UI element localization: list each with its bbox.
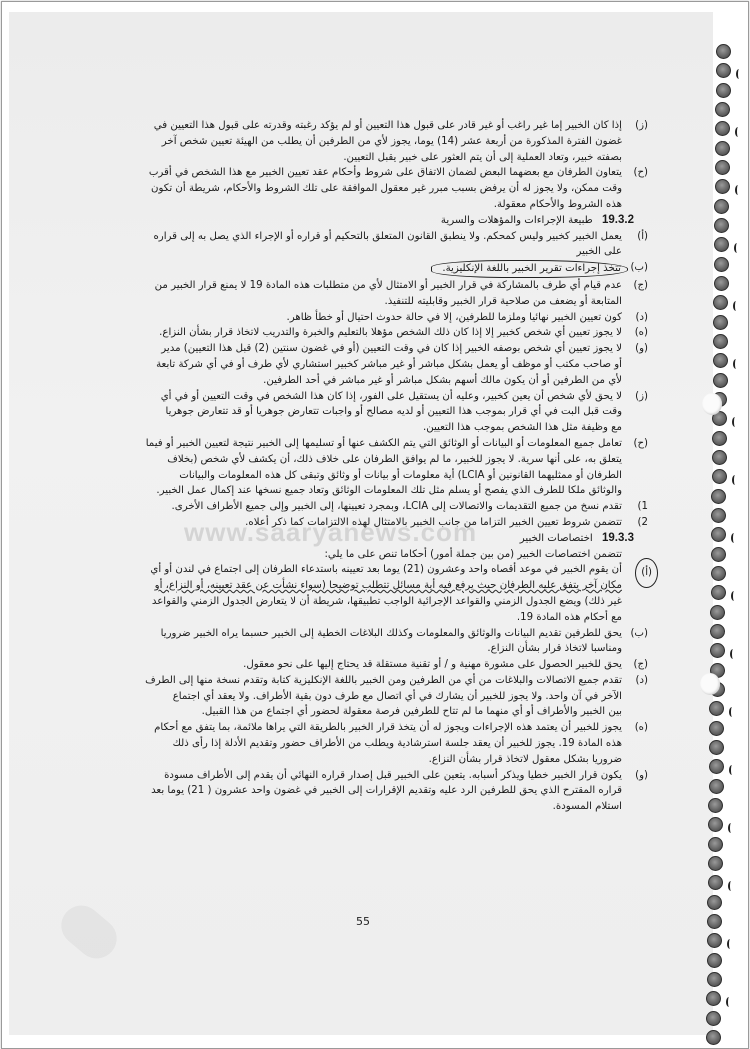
binding-hole-icon xyxy=(711,585,726,600)
text-line: كون تعيين الخبير نهائيا وملزما للطرفين، … xyxy=(68,310,622,326)
binding-hole-icon xyxy=(711,527,726,542)
list-item: (ز) إذا كان الخبير إما غير راغب أو غير ق… xyxy=(68,118,648,165)
item-marker: (د) xyxy=(636,673,649,689)
ring-mark-icon xyxy=(733,301,739,311)
ring-mark-icon xyxy=(727,939,733,949)
binding-hole-icon xyxy=(709,779,724,794)
text-line: هذه الشروط والأحكام معقولة. xyxy=(68,197,622,213)
binding-hole-icon xyxy=(707,953,722,968)
section-number: 19.3.3 xyxy=(602,532,634,544)
text-line: والوثائق ملكا للطرف الذي يفصح أو يسلم مث… xyxy=(68,483,622,499)
list-item: (ب) يحق للطرفين تقديم البيانات والوثائق … xyxy=(68,626,648,658)
list-item: (أ) يعمل الخبير كخبير وليس كمحكم. ولا ين… xyxy=(68,229,648,261)
binding-hole-icon xyxy=(709,759,724,774)
text-line: يحق للخبير الحصول على مشورة مهنية و / أو… xyxy=(68,657,622,673)
document-body: (ز) إذا كان الخبير إما غير راغب أو غير ق… xyxy=(68,118,648,815)
binding-hole-icon xyxy=(715,160,730,175)
list-item-annotated: (ب) تتخذ إجراءات تقرير الخبير باللغة الإ… xyxy=(68,260,648,278)
list-item-annotated: (أ) أن يقوم الخبير في موعد أقصاه واحد وع… xyxy=(68,562,648,625)
section-title: طبيعة الإجراءات والمؤهلات والسرية xyxy=(441,215,593,226)
list-item: (د) تقدم جميع الاتصالات والبلاغات من أي … xyxy=(68,673,648,720)
text-line: تعامل جميع المعلومات أو البيانات أو الوث… xyxy=(68,436,622,452)
binding-hole-icon xyxy=(712,450,727,465)
page-number: 55 xyxy=(356,915,370,928)
text-line: يكون قرار الخبير خطيا ويذكر أسبابه. يتعي… xyxy=(68,768,622,784)
ring-mark-icon xyxy=(728,881,734,891)
binding-hole-icon xyxy=(708,856,723,871)
binding-hole-icon xyxy=(714,257,729,272)
ring-mark-icon xyxy=(729,707,735,717)
item-marker: (ح) xyxy=(633,165,648,181)
ring-mark-icon xyxy=(736,69,742,79)
binding-hole-icon xyxy=(712,431,727,446)
item-marker: (ز) xyxy=(635,389,648,405)
text-line: ومناسبا لاتخاذ قرار بشأن النزاع. xyxy=(68,641,622,657)
binding-hole-icon xyxy=(707,895,722,910)
handwritten-circle-annotation: تتخذ إجراءات تقرير الخبير باللغة الإنكلي… xyxy=(431,260,628,278)
text-line: يتعاون الطرفان مع بعضهما البعض لضمان الا… xyxy=(68,165,622,181)
binding-hole-icon xyxy=(715,102,730,117)
item-marker: (ب) xyxy=(630,626,648,642)
binding-hole-icon xyxy=(707,972,722,987)
text-line: أو صاحب مكتب أو موظف أو يعمل بشكل مباشر … xyxy=(68,357,622,373)
list-item: (ح) يتعاون الطرفان مع بعضهما البعض لضمان… xyxy=(68,165,648,212)
binding-hole-icon xyxy=(711,547,726,562)
text-line: لا يحق لأي شخص أن يعين كخبير، وعليه أن ي… xyxy=(68,389,622,405)
text-line: استلام المسودة. xyxy=(68,799,622,815)
item-marker: (و) xyxy=(635,341,648,357)
section-19-3-2: 19.3.2 طبيعة الإجراءات والمؤهلات والسرية… xyxy=(68,213,648,531)
binding-hole-icon xyxy=(710,624,725,639)
binding-hole-icon xyxy=(708,837,723,852)
binding-hole-icon xyxy=(711,508,726,523)
punched-hole-icon xyxy=(702,393,722,415)
item-marker: (أ) xyxy=(637,229,648,245)
ring-mark-icon xyxy=(731,591,737,601)
ring-mark-icon xyxy=(732,475,738,485)
text-line: تقدم جميع الاتصالات والبلاغات من أي من ا… xyxy=(68,673,622,689)
text-line: هذه المادة 19. يجوز للخبير أن يعقد جلسة … xyxy=(68,736,622,752)
text-line: على الخبير xyxy=(68,244,622,260)
text-line: يتعلق به، على أنها سرية. لا يجوز للخبير،… xyxy=(68,452,622,468)
text-line: وقت ممكن، ولا يجوز له أن يرفض بسبب مبرر … xyxy=(68,181,622,197)
binding-hole-icon xyxy=(709,701,724,716)
punched-hole-icon xyxy=(700,673,720,695)
binding-hole-icon xyxy=(713,295,728,310)
text-line: الآخر في آن واحد. ولا يجوز للخبير أن يشا… xyxy=(68,689,622,705)
binding-hole-icon xyxy=(715,141,730,156)
item-marker: (ج) xyxy=(633,657,648,673)
text-line: أن يقوم الخبير في موعد أقصاه واحد وعشرون… xyxy=(68,562,622,578)
binding-hole-icon xyxy=(708,817,723,832)
list-item: (ز) لا يحق لأي شخص أن يعين كخبير، وعليه … xyxy=(68,389,648,436)
list-item: (و) يكون قرار الخبير خطيا ويذكر أسبابه. … xyxy=(68,768,648,815)
binding-hole-icon xyxy=(709,721,724,736)
list-item: (ه) يجوز للخبير أن يعتمد هذه الإجراءات و… xyxy=(68,720,648,767)
item-marker: (ز) xyxy=(635,118,648,134)
text-line: بصفته خبير، وتعاد العملية إلى أن يتم الع… xyxy=(68,150,622,166)
text-line: لأي من الطرفين أو أن يكون مالك أسهم بشكل… xyxy=(68,373,622,389)
binding-hole-icon xyxy=(706,1011,721,1026)
binding-hole-icon xyxy=(714,276,729,291)
ring-mark-icon xyxy=(734,243,740,253)
text-line: يعمل الخبير كخبير وليس كمحكم. ولا ينطبق … xyxy=(68,229,622,245)
text-line: وقت قبل البت في أي قرار بموجب هذا التعيي… xyxy=(68,404,622,420)
item-marker: 1) xyxy=(638,499,648,515)
binding-hole-icon xyxy=(707,933,722,948)
text-line: غير ذلك) ويضع الجدول الزمني والقواعد الإ… xyxy=(68,594,622,610)
item-marker: (و) xyxy=(635,768,648,784)
text-line: قراره المقترح الذي يحق للطرفين الرد عليه… xyxy=(68,783,622,799)
binding-hole-icon xyxy=(709,740,724,755)
ring-mark-icon xyxy=(729,765,735,775)
binding-hole-icon xyxy=(711,566,726,581)
item-marker: (ب) xyxy=(630,260,648,276)
text-line: إذا كان الخبير إما غير راغب أو غير قادر … xyxy=(68,118,622,134)
ring-mark-icon xyxy=(732,417,738,427)
item-marker: (ه) xyxy=(635,720,648,736)
binding-hole-icon xyxy=(713,315,728,330)
binding-hole-icon xyxy=(708,798,723,813)
text-line: الطرفان أو ممثليهما القانونين أو LCIA) أ… xyxy=(68,468,622,484)
numbered-item: 1) تقدم نسخ من جميع التقديمات والاتصالات… xyxy=(68,499,648,515)
item-marker: (ج) xyxy=(633,278,648,294)
section-intro: تتضمن اختصاصات الخبير (من بين جملة أمور)… xyxy=(68,547,648,563)
text-line: عدم قيام أي طرف بالمشاركة في قرار الخبير… xyxy=(68,278,622,294)
binding-hole-icon xyxy=(716,44,731,59)
binding-hole-icon xyxy=(715,179,730,194)
binding-hole-icon xyxy=(706,1030,721,1045)
binding-hole-icon xyxy=(707,914,722,929)
binding-hole-icon xyxy=(714,199,729,214)
binding-hole-icon xyxy=(710,643,725,658)
handwritten-circle-annotation: (أ) xyxy=(635,558,658,588)
list-item: (ح) تعامل جميع المعلومات أو البيانات أو … xyxy=(68,436,648,499)
text-line: لا يجوز تعيين أي شخص بوصفه الخبير إذا كا… xyxy=(68,341,622,357)
binding-hole-icon xyxy=(708,875,723,890)
ring-mark-icon xyxy=(726,997,732,1007)
binding-hole-icon xyxy=(714,237,729,252)
text-line: ضروريا بشكل معقول لاتخاذ قرار بشأن النزا… xyxy=(68,752,622,768)
section-number: 19.3.2 xyxy=(602,214,634,226)
text-line: المتابعة أو يضعف من صلاحية قرار الخبير و… xyxy=(68,294,622,310)
text-line: يحق للطرفين تقديم البيانات والوثائق والم… xyxy=(68,626,622,642)
section-heading: 19.3.2 طبيعة الإجراءات والمؤهلات والسرية xyxy=(68,213,648,229)
item-marker: (ح) xyxy=(633,436,648,452)
ring-mark-icon xyxy=(731,533,737,543)
binding-hole-icon xyxy=(713,334,728,349)
binding-hole-icon xyxy=(710,605,725,620)
ring-mark-icon xyxy=(735,185,741,195)
binding-holes xyxy=(696,0,750,1049)
list-item: (ه) لا يجوز تعيين أي شخص كخبير إلا إذا ك… xyxy=(68,325,648,341)
item-marker-circled: (أ) xyxy=(635,562,648,588)
item-marker: (ه) xyxy=(635,325,648,341)
section-title: اختصاصات الخبير xyxy=(520,533,593,544)
list-item: (ج) عدم قيام أي طرف بالمشاركة في قرار ال… xyxy=(68,278,648,310)
section-heading: 19.3.3 اختصاصات الخبير xyxy=(68,531,648,547)
item-marker: 2) xyxy=(638,515,648,531)
list-item: (ج) يحق للخبير الحصول على مشورة مهنية و … xyxy=(68,657,648,673)
ring-mark-icon xyxy=(728,823,734,833)
binding-hole-icon xyxy=(713,353,728,368)
binding-hole-icon xyxy=(711,489,726,504)
text-line: مع وظيفة مثل هذا الشخص بموجب هذا التعيين… xyxy=(68,420,622,436)
text-line: لا يجوز تعيين أي شخص كخبير إلا إذا كان ذ… xyxy=(68,325,622,341)
binding-hole-icon xyxy=(712,469,727,484)
text-line: غضون الفترة المذكورة من أربعة عشر (14) ي… xyxy=(68,134,622,150)
binding-hole-icon xyxy=(716,83,731,98)
list-item: (و) لا يجوز تعيين أي شخص بوصفه الخبير إذ… xyxy=(68,341,648,388)
binding-hole-icon xyxy=(716,63,731,78)
ring-mark-icon xyxy=(733,359,739,369)
item-marker: (د) xyxy=(636,310,649,326)
binding-hole-icon xyxy=(715,121,730,136)
numbered-item: 2) تتضمن شروط تعيين الخبير التزاما من جا… xyxy=(68,515,648,531)
ring-mark-icon xyxy=(730,649,736,659)
section-prev: (ز) إذا كان الخبير إما غير راغب أو غير ق… xyxy=(68,118,648,213)
text-line: تقدم نسخ من جميع التقديمات والاتصالات إل… xyxy=(68,499,622,515)
text-line-underlined: مكان آخر يتفق عليه الطرفان حيث يرفع فيه … xyxy=(68,578,622,594)
section-19-3-3: 19.3.3 اختصاصات الخبير تتضمن اختصاصات ال… xyxy=(68,531,648,815)
list-item: (د) كون تعيين الخبير نهائيا وملزما للطرف… xyxy=(68,310,648,326)
text-line: بين الخبير والأطراف أو أي منهما ما لم تت… xyxy=(68,704,622,720)
text-line: تتضمن شروط تعيين الخبير التزاما من جانب … xyxy=(68,515,622,531)
binding-hole-icon xyxy=(713,373,728,388)
text-line: يجوز للخبير أن يعتمد هذه الإجراءات ويجوز… xyxy=(68,720,622,736)
binding-hole-icon xyxy=(714,218,729,233)
binding-hole-icon xyxy=(706,991,721,1006)
text-line: مع أحكام هذه المادة 19. xyxy=(68,610,622,626)
ring-mark-icon xyxy=(735,127,741,137)
